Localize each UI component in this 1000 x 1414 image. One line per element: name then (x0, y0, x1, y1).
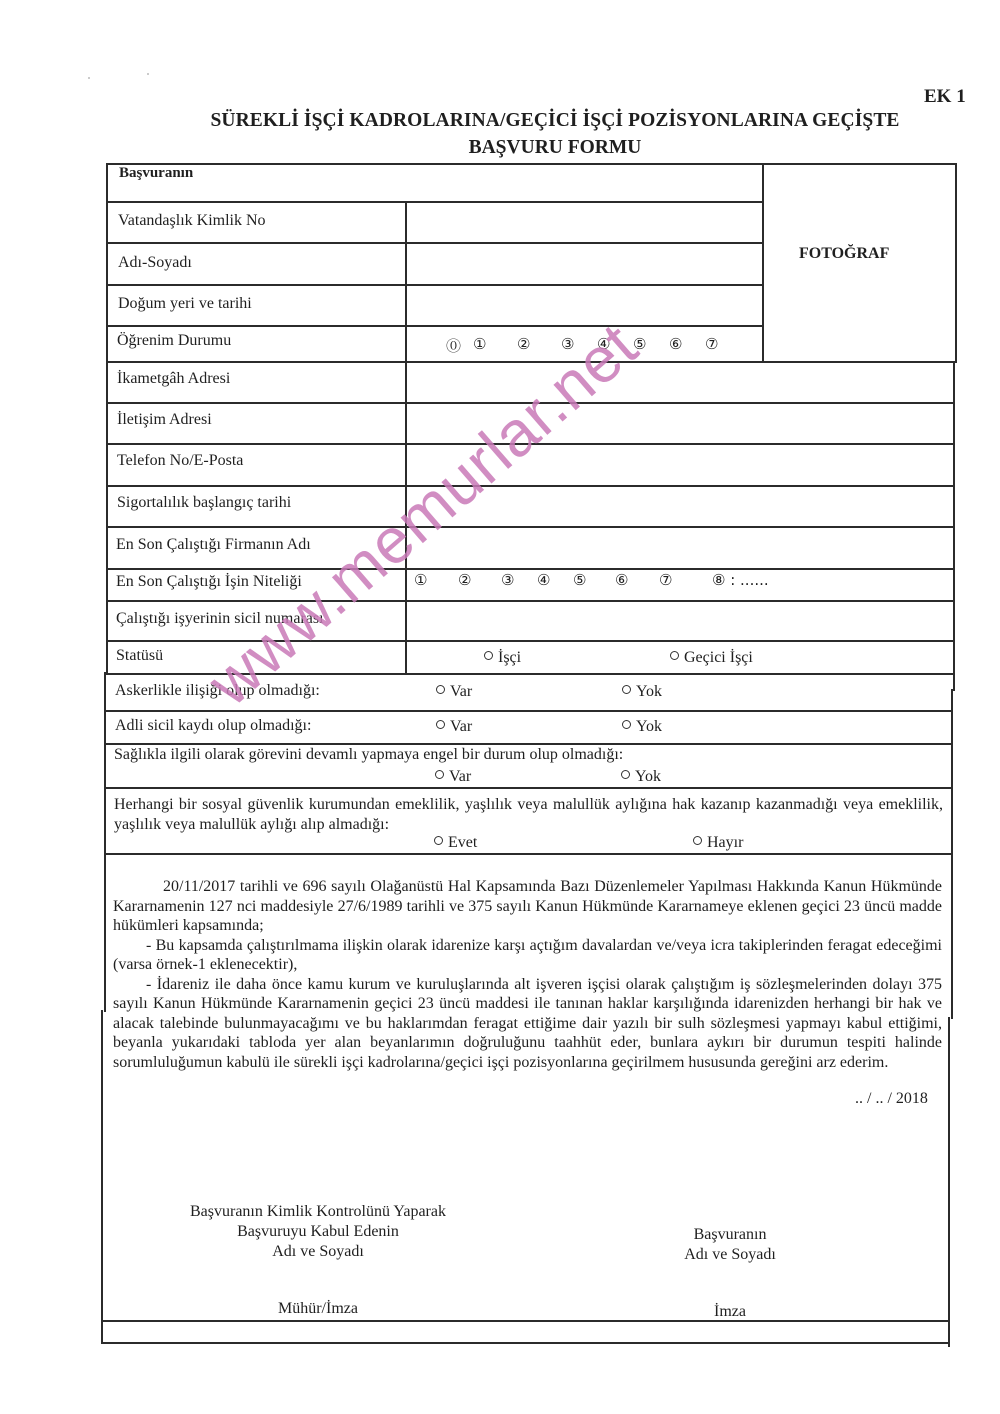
label-insurance-start: Sigortalılık başlangıç tarihi (117, 494, 291, 512)
option-label: Var (450, 683, 472, 700)
label-health: Sağlıkla ilgili olarak görevini devamlı … (114, 746, 623, 764)
option-label: Var (450, 718, 472, 735)
row-divider (106, 242, 764, 244)
label-birth: Doğum yeri ve tarihi (118, 295, 252, 313)
education-option-7[interactable]: ⑦ (705, 335, 718, 353)
row-divider (106, 568, 955, 570)
option-label: Yok (636, 718, 662, 735)
applicant-title-line2: Adı ve Soyadı (630, 1245, 830, 1265)
radio-circle-icon (622, 720, 631, 729)
option-label: Evet (448, 834, 477, 851)
label-last-firm: En Son Çalıştığı Firmanın Adı (116, 536, 311, 554)
job-option-3[interactable]: ③ (501, 571, 514, 589)
label-military: Askerlikle ilişiği olup olmadığı: (115, 682, 320, 700)
radio-circle-icon (622, 685, 631, 694)
radio-circle-icon (670, 651, 679, 660)
row-divider (106, 402, 955, 404)
job-option-8-other[interactable]: ⑧ : ...... (712, 571, 769, 589)
label-phone-email: Telefon No/E-Posta (117, 452, 243, 470)
table-border (955, 163, 957, 363)
row-divider (106, 201, 764, 203)
label-pension: Herhangi bir sosyal güvenlik kurumundan … (114, 795, 943, 834)
military-option-yes[interactable]: Var (436, 683, 472, 701)
job-option-4[interactable]: ④ (537, 571, 550, 589)
row-divider (106, 284, 764, 286)
option-label: Geçici İşçi (684, 649, 753, 666)
radio-circle-icon (621, 770, 630, 779)
label-education: Öğrenim Durumu (117, 332, 231, 350)
declaration-text: 20/11/2017 tarihli ve 696 sayılı Olağanü… (113, 877, 942, 1072)
input-name[interactable] (408, 245, 761, 283)
input-insurance-start[interactable] (408, 488, 952, 525)
officer-signature-block: Başvuranın Kimlik Kontrolünü Yaparak Baş… (160, 1202, 476, 1262)
label-status: Statüsü (116, 647, 163, 665)
education-option-4[interactable]: ④ (597, 335, 610, 353)
radio-circle-icon (434, 836, 443, 845)
applicant-signature[interactable]: İmza (630, 1302, 830, 1322)
input-residence[interactable] (408, 364, 952, 401)
applicant-title-line1: Başvuranın (630, 1225, 830, 1245)
photo-box[interactable] (764, 165, 954, 361)
table-border (101, 1342, 950, 1344)
pension-option-no[interactable]: Hayır (693, 834, 743, 852)
row-divider (105, 710, 952, 712)
label-registry-no: Çalıştığı işyerinin sicil numarası (116, 610, 324, 628)
label-residence: İkametgâh Adresi (117, 370, 230, 388)
health-option-yes[interactable]: Var (435, 768, 471, 786)
input-last-firm[interactable] (408, 529, 952, 567)
row-divider (106, 640, 955, 642)
table-border (106, 163, 108, 673)
radio-circle-icon (484, 651, 493, 660)
radio-circle-icon (693, 836, 702, 845)
option-label: İşçi (498, 649, 521, 666)
input-birth[interactable] (408, 287, 761, 324)
military-option-no[interactable]: Yok (622, 683, 662, 701)
declaration-paragraph-1: 20/11/2017 tarihli ve 696 sayılı Olağanü… (113, 877, 942, 936)
education-option-6[interactable]: ⑥ (669, 335, 682, 353)
status-option-temp-worker[interactable]: Geçici İşçi (670, 649, 753, 667)
form-title: SÜREKLİ İŞÇİ KADROLARINA/GEÇİCİ İŞÇİ POZ… (150, 110, 960, 132)
row-divider (105, 673, 953, 675)
row-divider (106, 600, 955, 602)
declaration-paragraph-3: - İdareniz ile daha önce kamu kurum ve k… (113, 975, 942, 1073)
row-divider (104, 743, 952, 745)
job-option-7[interactable]: ⑦ (659, 571, 672, 589)
form-subtitle: BAŞVURU FORMU (150, 137, 960, 159)
pension-option-yes[interactable]: Evet (434, 834, 477, 852)
option-label: Yok (636, 683, 662, 700)
table-border (101, 1010, 103, 1343)
label-tc-no: Vatandaşlık Kimlik No (118, 212, 266, 230)
scan-speck (88, 77, 90, 79)
job-option-6[interactable]: ⑥ (615, 571, 628, 589)
officer-title-line1: Başvuranın Kimlik Kontrolünü Yaparak (160, 1202, 476, 1222)
row-divider (106, 325, 764, 327)
input-contact-address[interactable] (408, 405, 952, 442)
input-tc-no[interactable] (408, 204, 761, 241)
row-divider (104, 787, 952, 789)
scan-speck (147, 73, 149, 75)
annex-label: EK 1 (924, 86, 966, 108)
job-option-5[interactable]: ⑤ (573, 571, 586, 589)
declaration-date[interactable]: .. / .. / 2018 (855, 1090, 928, 1108)
declaration-paragraph-2: - Bu kapsamda çalıştırılmama ilişkin ola… (113, 936, 942, 975)
option-label: Var (449, 768, 471, 785)
label-criminal: Adli sicil kaydı olup olmadığı: (115, 717, 311, 735)
applicant-signature-block: Başvuranın Adı ve Soyadı (630, 1225, 830, 1265)
row-divider (106, 443, 955, 445)
label-name: Adı-Soyadı (118, 254, 192, 272)
section-header-applicant: Başvuranın (119, 165, 193, 182)
radio-circle-icon (436, 720, 445, 729)
label-job-nature: En Son Çalıştığı İşin Niteliği (116, 573, 302, 591)
row-divider (106, 526, 955, 528)
radio-circle-icon (436, 685, 445, 694)
education-option-5[interactable]: ⑤ (633, 335, 646, 353)
health-option-no[interactable]: Yok (621, 768, 661, 786)
radio-circle-icon (435, 770, 444, 779)
label-contact-address: İletişim Adresi (117, 411, 212, 429)
column-divider (405, 202, 407, 674)
option-label: Yok (635, 768, 661, 785)
table-border (104, 672, 106, 1012)
job-option-1[interactable]: ① (414, 571, 427, 589)
input-registry-no[interactable] (408, 603, 952, 639)
input-phone-email[interactable] (408, 446, 952, 484)
education-option-1[interactable]: ① (473, 335, 486, 353)
option-label: Hayır (707, 834, 743, 851)
job-option-2[interactable]: ② (458, 571, 471, 589)
row-divider (106, 361, 956, 363)
officer-seal-signature[interactable]: Mühür/İmza (160, 1299, 476, 1319)
table-border (948, 1017, 950, 1347)
education-option-0[interactable]: ⓪ (446, 335, 461, 356)
status-option-worker[interactable]: İşçi (484, 649, 521, 667)
education-option-3[interactable]: ③ (561, 335, 574, 353)
criminal-option-yes[interactable]: Var (436, 718, 472, 736)
officer-title-line2: Başvuruyu Kabul Edenin (160, 1222, 476, 1242)
row-divider (104, 853, 952, 855)
row-divider (106, 485, 955, 487)
education-option-2[interactable]: ② (517, 335, 530, 353)
criminal-option-no[interactable]: Yok (622, 718, 662, 736)
officer-title-line3: Adı ve Soyadı (160, 1242, 476, 1262)
